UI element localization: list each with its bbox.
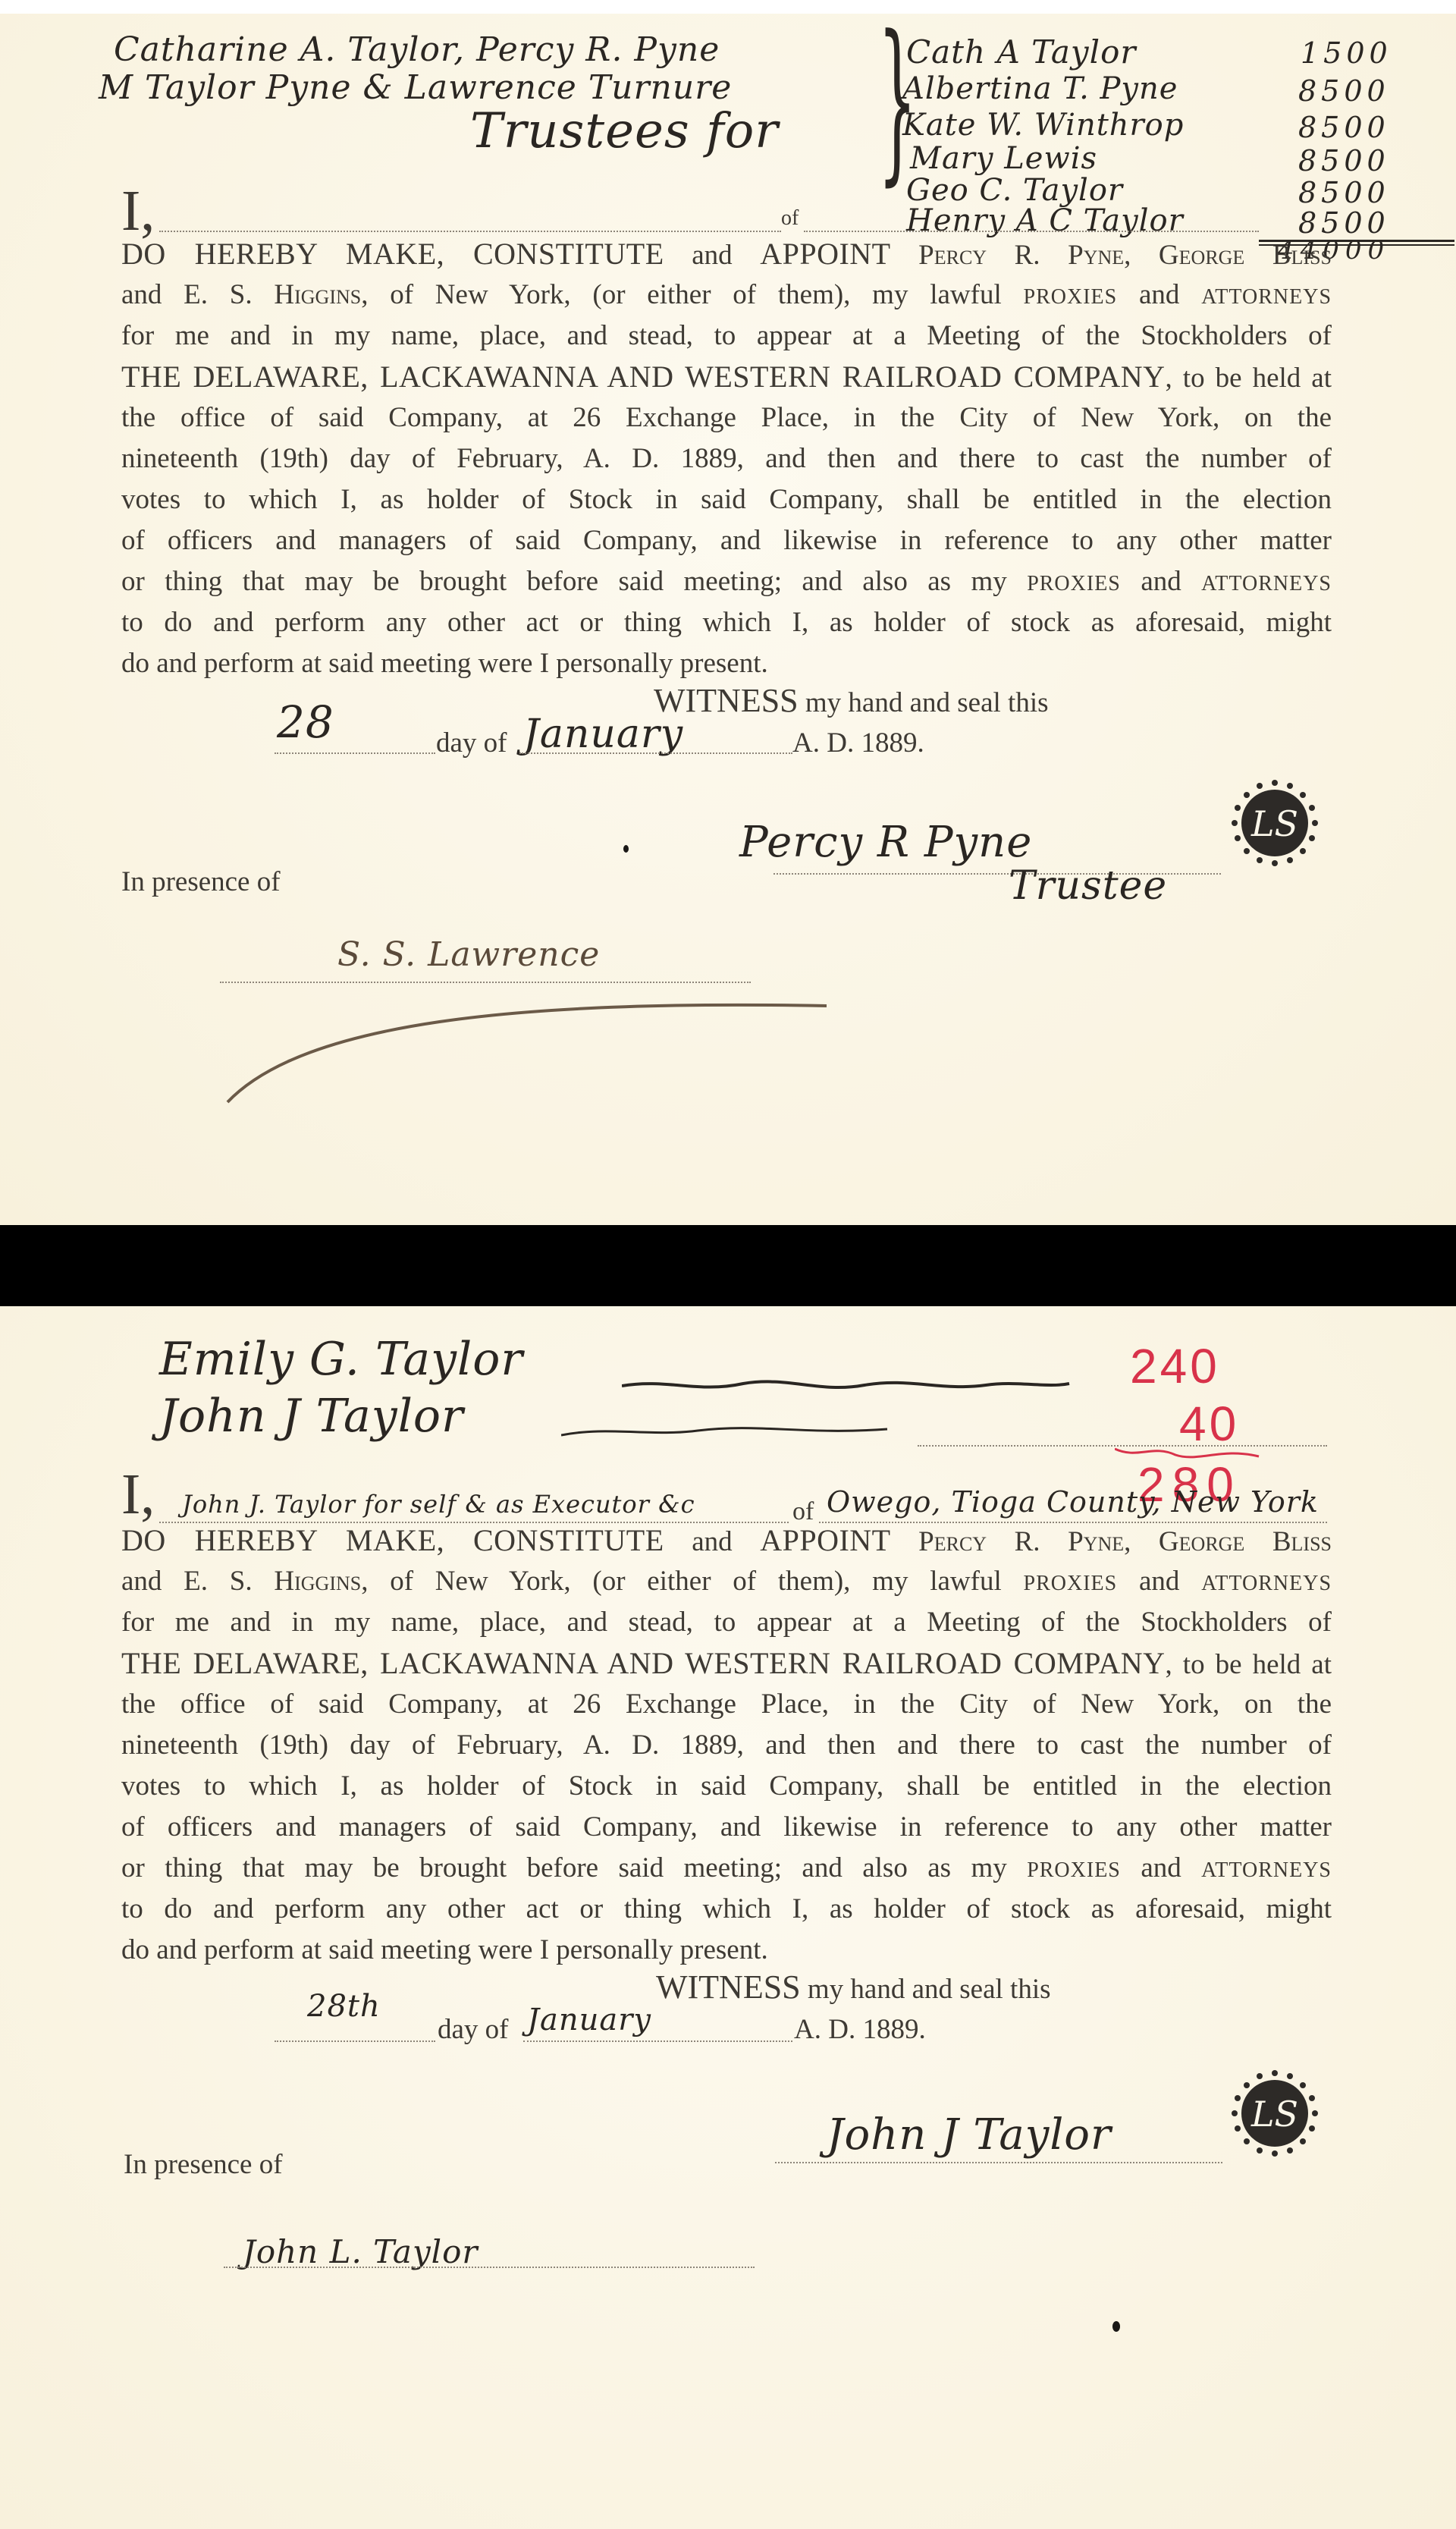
name-flourish-icon xyxy=(622,1374,1077,1397)
signature: Percy R Pyne xyxy=(739,818,1032,867)
ink-dot xyxy=(623,845,629,853)
body-line: of officers and managers of said Company… xyxy=(121,1807,1332,1848)
beneficiary-shares: 8500 xyxy=(1298,74,1390,108)
month-blank-line xyxy=(523,2040,792,2042)
body-line: do and perform at said meeting were I pe… xyxy=(121,643,1332,684)
trustees-names-line2: M Taylor Pyne & Lawrence Turnure xyxy=(99,68,732,107)
proxy-body-text: DO HEREBY MAKE, CONSTITUTE and APPOINT P… xyxy=(121,1520,1332,1971)
place-blank-line xyxy=(804,231,1259,232)
day-of-label: day of xyxy=(438,2013,509,2046)
in-presence-of-label: In presence of xyxy=(124,2148,283,2181)
body-line: to do and perform any other act or thing… xyxy=(121,1889,1332,1930)
body-line: to do and perform any other act or thing… xyxy=(121,602,1332,643)
body-line: or thing that may be brought before said… xyxy=(121,561,1332,602)
body-line: THE DELAWARE, LACKAWANNA AND WESTERN RAI… xyxy=(121,1643,1332,1684)
body-line: DO HEREBY MAKE, CONSTITUTE and APPOINT P… xyxy=(121,234,1332,275)
body-line: for me and in my name, place, and stead,… xyxy=(121,1602,1332,1643)
year-label: A. D. 1889. xyxy=(794,2013,926,2046)
svg-text:LS: LS xyxy=(1250,2094,1298,2135)
body-line: THE DELAWARE, LACKAWANNA AND WESTERN RAI… xyxy=(121,357,1332,397)
trustees-names-line1: Catharine A. Taylor, Percy R. Pyne xyxy=(114,30,720,69)
beneficiary-shares: 8500 xyxy=(1298,144,1390,178)
trustees-for-label: Trustees for xyxy=(470,103,779,159)
body-line: and E. S. Higgins, of New York, (or eith… xyxy=(121,275,1332,316)
svg-text:LS: LS xyxy=(1250,803,1298,844)
body-line: DO HEREBY MAKE, CONSTITUTE and APPOINT P… xyxy=(121,1520,1332,1561)
stockholder-name-field: John J. Taylor for self & as Executor &c xyxy=(182,1490,695,1519)
beneficiary-name: Cath A Taylor xyxy=(906,33,1136,71)
beneficiary-name: Mary Lewis xyxy=(910,141,1097,176)
proxy-form-page-1: Catharine A. Taylor, Percy R. Pyne M Tay… xyxy=(0,0,1456,1225)
day-value: 28th xyxy=(307,1989,381,2024)
signature-line xyxy=(775,2162,1222,2163)
witness-signature: John L. Taylor xyxy=(243,2233,478,2270)
ls-seal-icon: LS xyxy=(1230,778,1319,868)
month-value: January xyxy=(527,2003,651,2037)
witness-signature-line xyxy=(224,2267,755,2268)
body-line: for me and in my name, place, and stead,… xyxy=(121,316,1332,357)
body-line: votes to which I, as holder of Stock in … xyxy=(121,479,1332,520)
body-line: the office of said Company, at 26 Exchan… xyxy=(121,1684,1332,1725)
body-line: do and perform at said meeting were I pe… xyxy=(121,1930,1332,1971)
in-presence-of-label: In presence of xyxy=(121,866,281,898)
i-label: I, xyxy=(121,182,155,240)
body-line: and E. S. Higgins, of New York, (or eith… xyxy=(121,1561,1332,1602)
body-line: nineteenth (19th) day of February, A. D.… xyxy=(121,1725,1332,1766)
signature-flourish-icon xyxy=(212,992,834,1106)
beneficiary-shares: 8500 xyxy=(1298,111,1390,144)
year-label: A. D. 1889. xyxy=(792,727,924,759)
body-line: the office of said Company, at 26 Exchan… xyxy=(121,397,1332,438)
body-line: nineteenth (19th) day of February, A. D.… xyxy=(121,438,1332,479)
witness-statement: WITNESS my hand and seal this xyxy=(654,681,1049,720)
beneficiary-name: Albertina T. Pyne xyxy=(902,71,1178,106)
month-value: January xyxy=(523,712,683,757)
proxy-form-page-2: Emily G. Taylor John J Taylor 240 40 280… xyxy=(0,1306,1456,2529)
body-line: of officers and managers of said Company… xyxy=(121,520,1332,561)
beneficiary-shares: 8500 xyxy=(1298,176,1390,209)
witness-statement: WITNESS my hand and seal this xyxy=(656,1968,1051,2006)
name-blank-line xyxy=(159,231,781,232)
signature-title: Trustee xyxy=(1009,863,1167,909)
name-flourish-icon xyxy=(561,1420,895,1443)
ls-seal-icon: LS xyxy=(1230,2069,1319,2158)
residence-field: Owego, Tioga County, New York xyxy=(827,1485,1319,1519)
red-figure-a: 240 xyxy=(1130,1338,1220,1394)
stockholder-name-line1: Emily G. Taylor xyxy=(159,1333,523,1386)
of-label: of xyxy=(781,206,799,231)
body-line: or thing that may be brought before said… xyxy=(121,1848,1332,1889)
beneficiary-name: Kate W. Winthrop xyxy=(902,108,1184,143)
day-blank-line xyxy=(275,752,435,754)
day-of-label: day of xyxy=(436,727,507,759)
beneficiary-shares: 1500 xyxy=(1301,36,1392,70)
ink-dot xyxy=(1112,2321,1120,2332)
day-blank-line xyxy=(275,2040,435,2042)
proxy-body-text: DO HEREBY MAKE, CONSTITUTE and APPOINT P… xyxy=(121,234,1332,684)
witness-signature: S. S. Lawrence xyxy=(337,935,600,974)
i-label: I, xyxy=(121,1466,155,1523)
signature: John J Taylor xyxy=(827,2110,1112,2160)
page-divider xyxy=(0,1225,1456,1306)
body-line: votes to which I, as holder of Stock in … xyxy=(121,1766,1332,1807)
stockholder-name-line2: John J Taylor xyxy=(159,1390,464,1443)
month-blank-line xyxy=(519,752,792,754)
witness-signature-line xyxy=(220,982,751,983)
day-value: 28 xyxy=(277,696,334,748)
